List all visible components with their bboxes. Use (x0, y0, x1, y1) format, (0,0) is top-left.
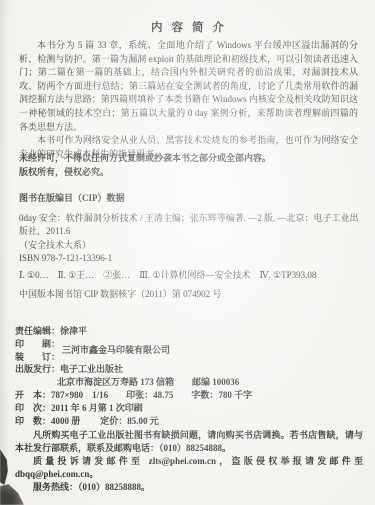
printing-binding-group: 印 刷： 装 订： 三河市鑫金马印装有限公司 (15, 338, 363, 364)
impression-row: 印 次：2011 年 6 月第 1 次印刷 (15, 402, 363, 415)
cip-series-line: （安全技术大系） (19, 239, 359, 253)
scan-smudge-left-edge (0, 449, 8, 485)
printing-label: 印 刷： (15, 338, 60, 351)
impression-label: 印 次： (15, 402, 51, 415)
summary-paragraph-1: 本书分为 5 篇 33 章，系统、全面地介绍了 Windows 平台缓冲区溢出漏… (19, 39, 358, 134)
binding-label: 装 订： (15, 351, 60, 364)
cip-classification: Ⅰ. ①0… Ⅱ. ①王… ②张… Ⅲ. ①计算机网络—安全技术 Ⅳ. ①TP3… (19, 269, 359, 283)
cip-data-block: 图书在版编目（CIP）数据 0day 安全：软件漏洞分析技术 / 王清主编；张东… (19, 192, 359, 302)
copyright-notice: 未经许可，不得以任何方式复制或抄袭本书之部分或全部内容。 版权所有，侵权必究。 (19, 152, 358, 179)
service-info-block: 凡所购买电子工业出版社图书有缺损问题，请向购买书店调换。若书店售缺，请与本社发行… (15, 429, 363, 494)
printrun-row: 印 数：4000 册定价：85.00 元 (15, 415, 363, 428)
cip-record-number: 中国版本图书馆 CIP 数据核字（2011）第 074902 号 (19, 288, 359, 302)
editor-name: 徐津平 (60, 326, 87, 336)
copyright-line-2: 版权所有，侵权必究。 (19, 166, 358, 180)
cip-heading: 图书在版编目（CIP）数据 (19, 192, 359, 206)
impression-value: 2011 年 6 月第 1 次印刷 (51, 403, 143, 413)
publisher-name: 电子工业出版社 (60, 364, 123, 374)
printrun-label: 印 数： (15, 415, 51, 428)
cip-isbn: ISBN 978-7-121-13396-1 (19, 252, 359, 266)
printer-name: 三河市鑫金马印装有限公司 (62, 344, 170, 357)
content-summary-title: 内容简介 (0, 19, 375, 35)
service-hotline-line: 服务热线：（010）88258888。 (15, 481, 363, 494)
cip-entry-line: 0day 安全：软件漏洞分析技术 / 王清主编；张东辉等编著. —2 版. —北… (19, 212, 359, 239)
format-value: 787×980 1/16 印张：48.75 字数：780 千字 (51, 390, 252, 400)
copyright-line-1: 未经许可，不得以任何方式复制或抄袭本书之部分或全部内容。 (19, 152, 358, 166)
editor-label: 责任编辑： (15, 325, 60, 338)
defect-exchange-notice: 凡所购买电子工业出版社图书有缺损问题，请向购买书店调换。若书店售缺，请与本社发行… (15, 429, 363, 455)
format-row: 开 本：787×980 1/16 印张：48.75 字数：780 千字 (15, 389, 363, 402)
editor-row: 责任编辑：徐津平 (15, 325, 363, 338)
publisher-row: 出版发行：电子工业出版社 (15, 363, 363, 376)
printrun-value: 4000 册 (51, 416, 80, 426)
price-value: 定价：85.00 元 (100, 416, 159, 426)
scanned-book-copyright-page: 内容简介 本书分为 5 篇 33 章，系统、全面地介绍了 Windows 平台缓… (0, 0, 375, 505)
quality-complaint-line: 质量投诉请发邮件至 zlts@phei.com.cn，盗版侵权举报请发邮件至 d… (15, 455, 363, 481)
format-label: 开 本： (15, 389, 51, 402)
publisher-label: 出版发行： (15, 363, 60, 376)
colophon-block: 责任编辑：徐津平 印 刷： 装 订： 三河市鑫金马印装有限公司 出版发行：电子工… (15, 325, 363, 427)
content-summary: 本书分为 5 篇 33 章，系统、全面地介绍了 Windows 平台缓冲区溢出漏… (19, 39, 358, 161)
publisher-address: 北京市海淀区万寿路 173 信箱 邮编 100036 (57, 376, 363, 389)
